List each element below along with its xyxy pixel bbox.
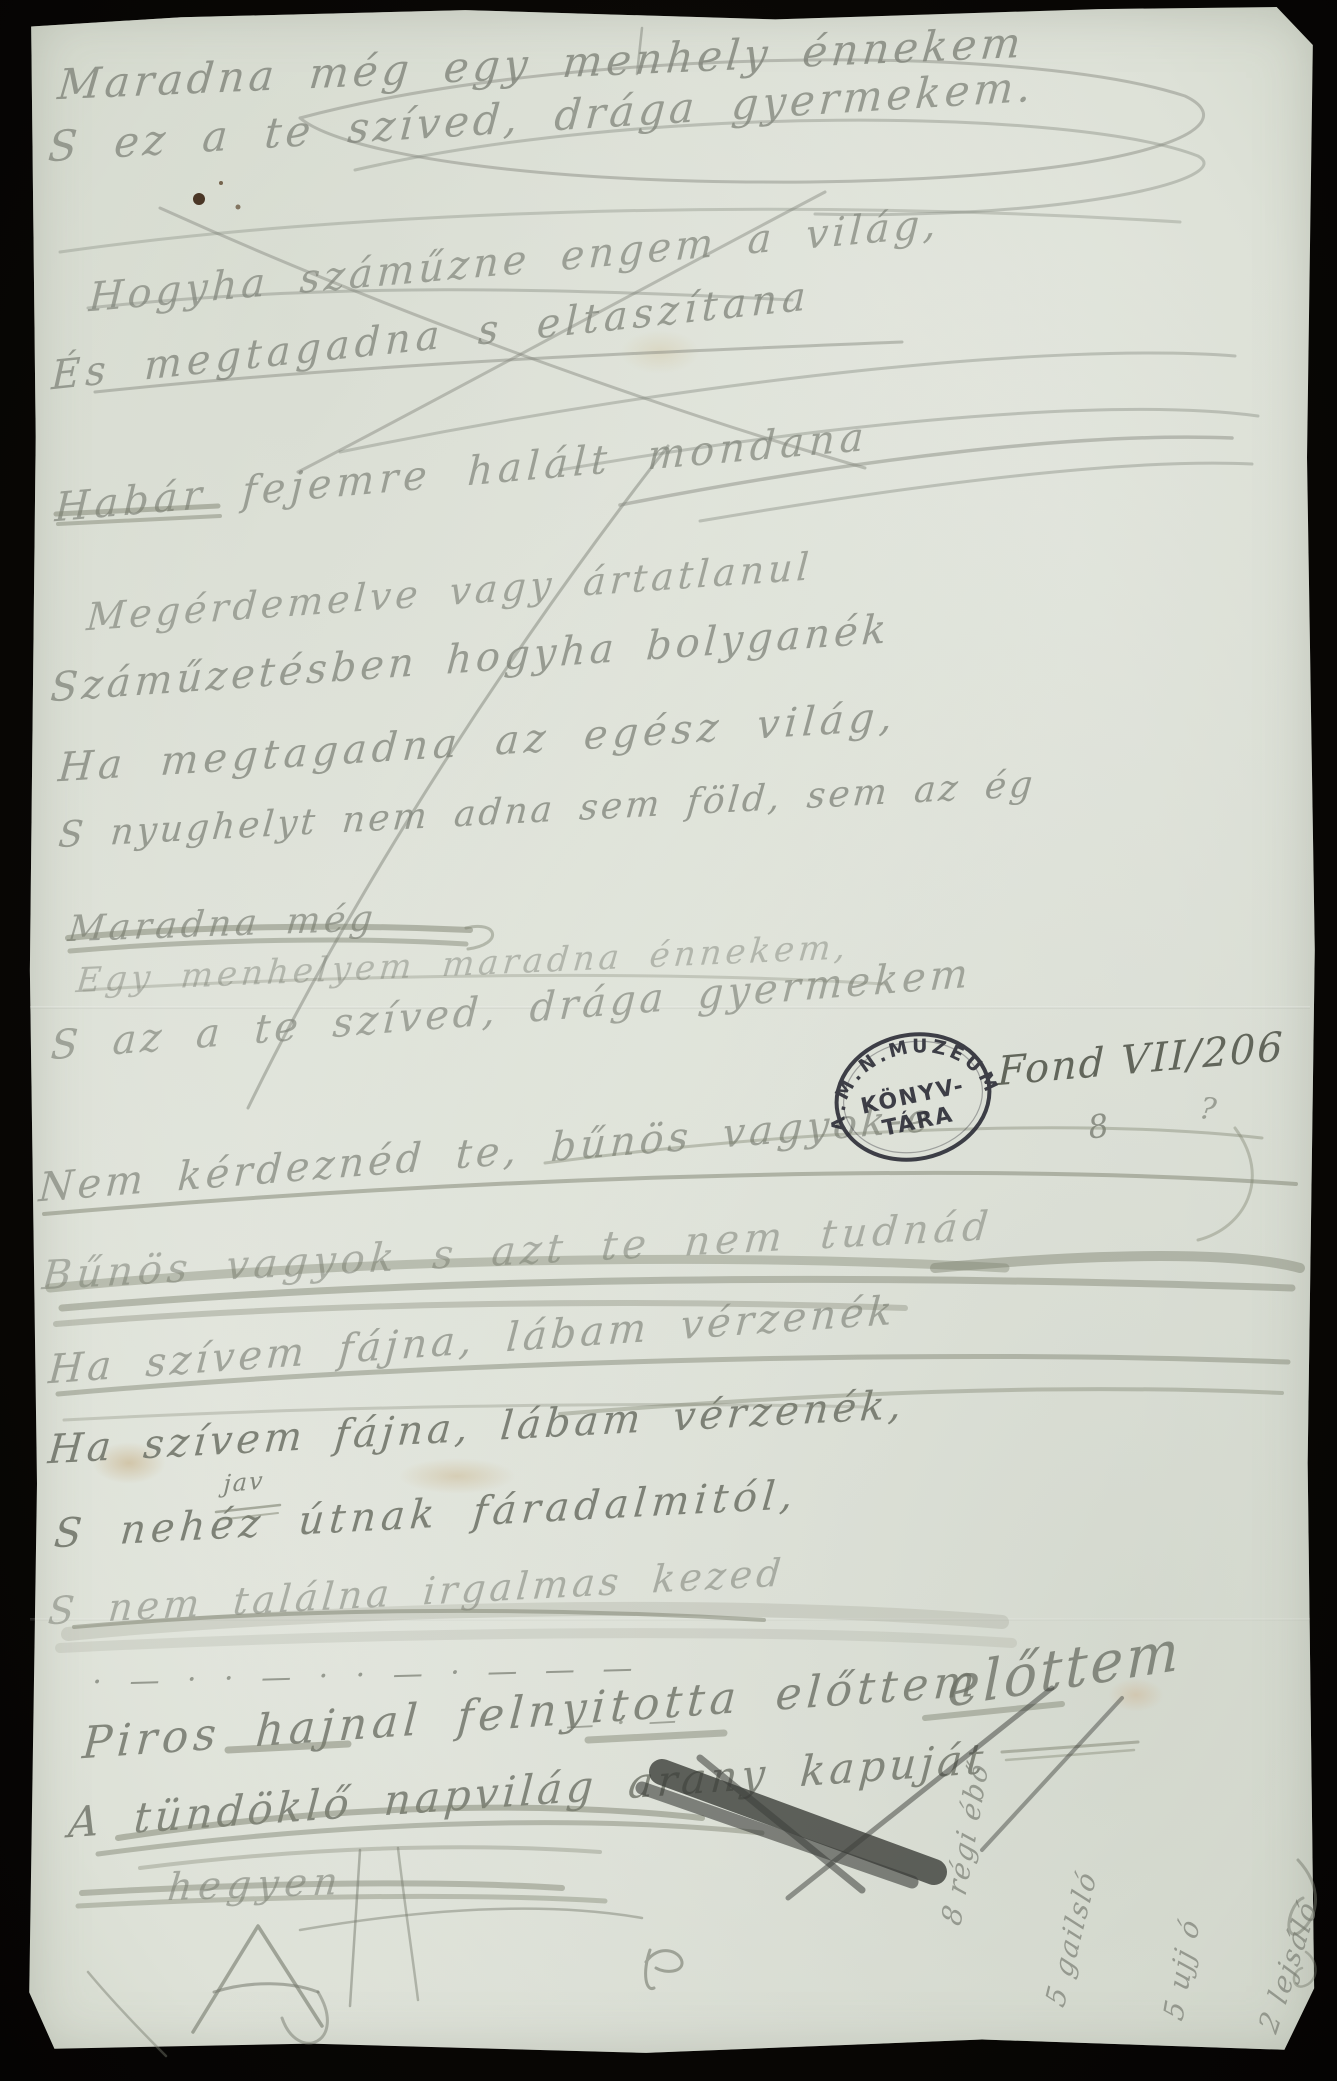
margin-note: 5 gailsló	[1042, 1867, 1101, 2011]
big-word-flourish: előttem	[947, 1623, 1182, 1717]
manuscript-line: S nehéz útnak fáradalmitól,	[52, 1475, 799, 1554]
manuscript-line: Habár fejemre halált mondana	[54, 417, 870, 529]
margin-note: 2 lejsáló	[1255, 1896, 1322, 2038]
manuscript-line: Ha megtagadna az egész világ,	[57, 697, 899, 789]
manuscript-line: hegyen	[166, 1862, 346, 1906]
archive-note: Fond VII/206	[997, 1027, 1285, 1092]
question-mark-note: ?	[1198, 1094, 1218, 1126]
manuscript-line: Hogyha száműzne engem a világ,	[88, 204, 941, 319]
insertion-note: jav	[223, 1468, 265, 1496]
archive-number-note: 8	[1086, 1109, 1111, 1144]
manuscript-line: Maradna még	[66, 901, 378, 948]
scan-background: jav · — · · — · · — · — — — — · — előtte…	[0, 0, 1337, 2081]
manuscript-line: Ha szívem fájna, lábam vérzenék,	[46, 1385, 906, 1470]
handwriting-layer: jav · — · · — · · — · — — — — · — előtte…	[0, 0, 1337, 2081]
manuscript-line: Bűnös vagyok s azt te nem tudnád	[40, 1206, 994, 1296]
manuscript-line: Ha szívem fájna, lábam vérzenék	[47, 1291, 897, 1391]
margin-note: 5 ujj ó	[1160, 1915, 1205, 2024]
manuscript-line: Nem kérdeznéd te, bűnös vagyok-e	[38, 1098, 935, 1209]
manuscript-line: S nem találna irgalmas kezed	[47, 1553, 787, 1630]
